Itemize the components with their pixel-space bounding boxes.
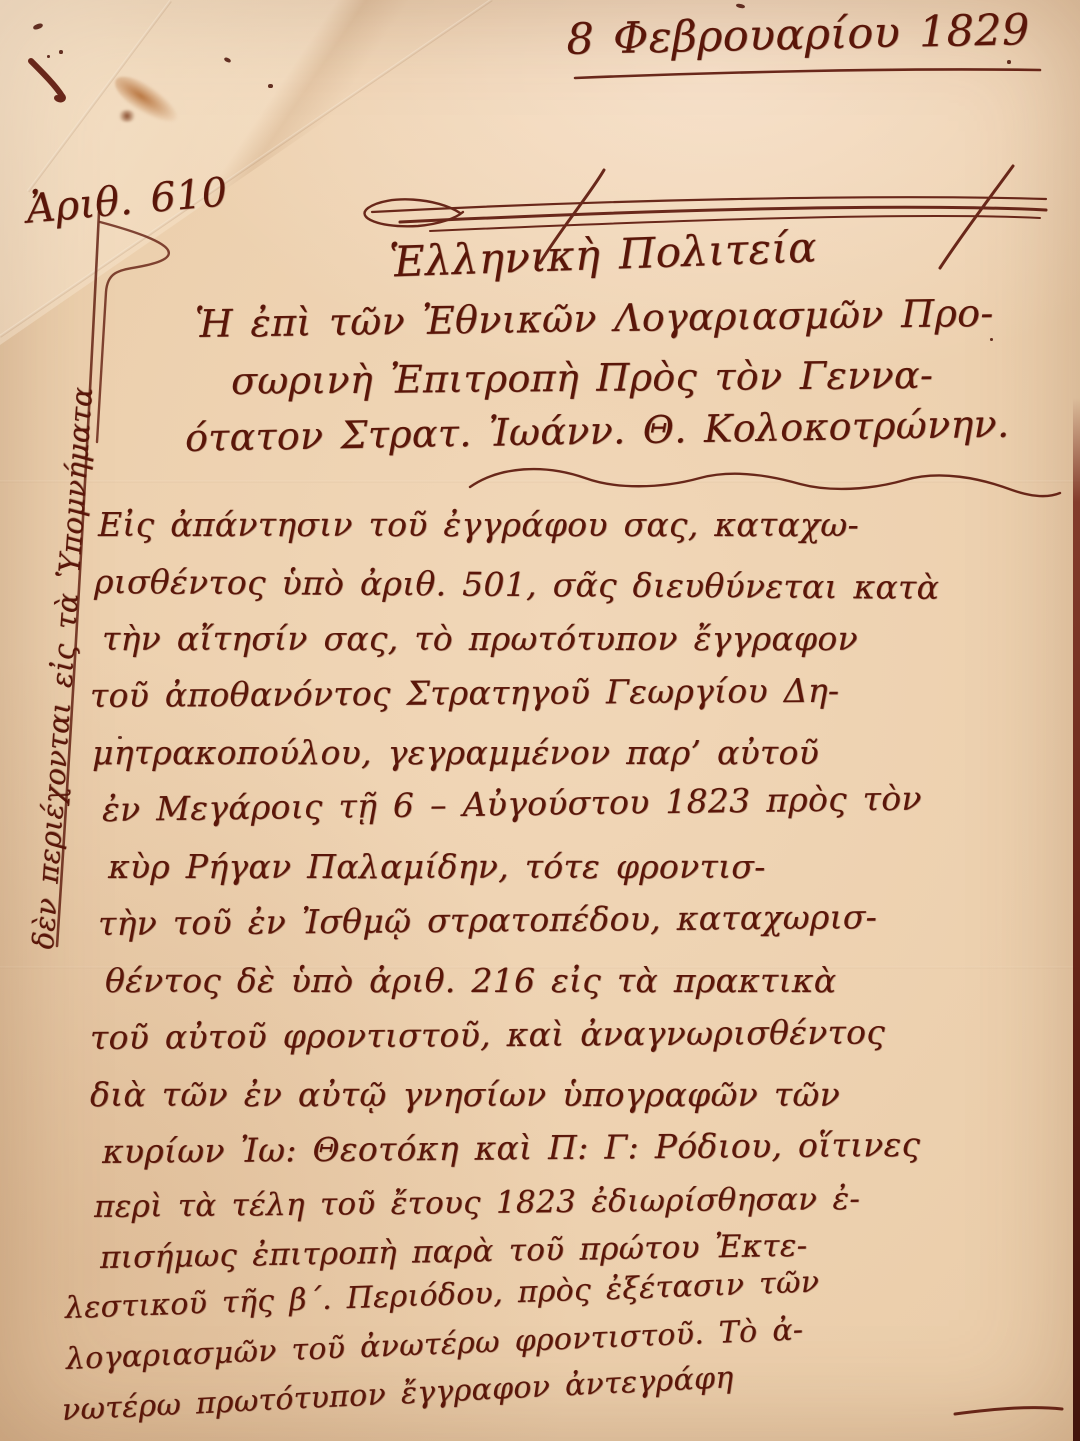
ink-speck (736, 3, 746, 9)
ink-speck (59, 50, 63, 54)
rust-stain (118, 110, 136, 122)
body-line: ἐν Μεγάροις τῇ 6 – Αὐγούστου 1823 πρὸς τ… (102, 772, 1066, 842)
body-line: θέντος δὲ ὑπὸ ἀριθ. 216 εἰς τὰ πρακτικὰ (105, 956, 1065, 1013)
ink-speck (1007, 60, 1011, 64)
body-line: κυρίων Ἰω: Θεοτόκη καὶ Π: Γ: Ρόδιου, οἵτ… (102, 1119, 1065, 1184)
letterhead-flourish (365, 199, 463, 226)
body-line: Εἰς ἀπάντησιν τοῦ ἐγγράφου σας, καταχω- (98, 500, 1065, 557)
address-line: Ἡ ἐπὶ τῶν Ἐθνικῶν Λογαριασμῶν Προ- (195, 285, 1010, 353)
margin-note: δὲν περιέχονται εἰς τὰ Ὑπομνήματα (26, 386, 99, 951)
body-line: τοῦ ἀποθανόντος Στρατηγοῦ Γεωργίου Δη- (90, 664, 1065, 728)
body-line: τοῦ αὐτοῦ φροντιστοῦ, καὶ ἀναγνωρισθέντο… (90, 1006, 1065, 1070)
letterhead-title: Ἑλληνικὴ Πολιτεία (357, 221, 848, 287)
date-line: 8 Φεβρουαρίου 1829 (548, 5, 1049, 65)
body-line: ρισθέντος ὑπὸ ἀριθ. 501, σᾶς διευθύνεται… (94, 557, 1065, 621)
body-line: τὴν αἴτησίν σας, τὸ πρωτότυπον ἔγγραφον (102, 614, 1065, 671)
ink-speck (47, 55, 50, 58)
date-underline (575, 69, 1040, 78)
letter-body: Εἰς ἀπάντησιν τοῦ ἐγγράφου σας, καταχω- … (90, 500, 1065, 1439)
ink-speck (268, 84, 273, 88)
body-line: τὴν τοῦ ἐν Ἰσθμῷ στρατοπέδου, καταχωρισ- (98, 891, 1065, 956)
body-line: διὰ τῶν ἐν αὐτῷ γνησίων ὑπογραφῶν τῶν (90, 1070, 1065, 1127)
address-block: Ἡ ἐπὶ τῶν Ἐθνικῶν Λογαριασμῶν Προ- σωριν… (185, 296, 1009, 467)
body-line: κὺρ Ρήγαν Παλαμίδην, τότε φροντισ- (108, 842, 1065, 899)
fold-crease (0, 480, 1080, 483)
letterhead-flourish (372, 197, 1046, 212)
scanned-letter-page: 8 Φεβρουαρίου 1829 Ἀριθ. 610 Ἑλληνικὴ Πο… (0, 0, 1080, 1441)
photo-edge-shadow (1073, 398, 1080, 1441)
letterhead-flourish (940, 166, 1013, 268)
letterhead-flourish (400, 207, 1046, 222)
